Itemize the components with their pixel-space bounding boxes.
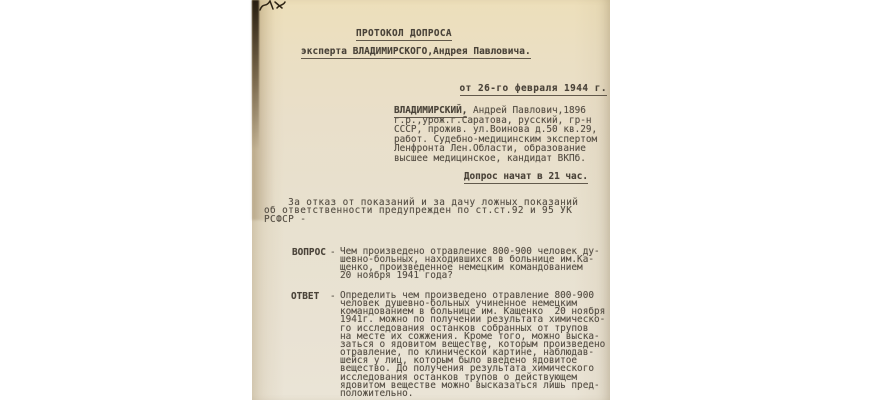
interrogation-start-line: Допрос начат в 21 час.	[464, 172, 588, 181]
document-title: ПРОТОКОЛ ДОПРОСА	[356, 29, 452, 38]
document-paper: ПРОТОКОЛ ДОПРОСА эксперта ВЛАДИМИРСКОГО,…	[252, 0, 610, 400]
question-label: ВОПРОС	[292, 248, 326, 257]
document-title-text: ПРОТОКОЛ ДОПРОСА	[356, 28, 452, 41]
question-dash: -	[330, 248, 336, 257]
question-text: Чем произведено отравление 800-900 челов…	[340, 248, 612, 280]
answer-text: Определить чем произведено отравление 80…	[340, 292, 612, 398]
interrogation-start-text: Допрос начат в 21 час.	[464, 171, 588, 184]
document-date: от 26-го февраля 1944 г.	[460, 84, 607, 93]
document-subtitle-text: эксперта ВЛАДИМИРСКОГО,Андрея Павловича.	[301, 46, 531, 59]
document-date-text: от 26-го февраля 1944 г.	[460, 83, 607, 96]
subject-identity-block: ВЛАДИМИРСКИЙ, Андрей Павлович,1896 г.р.,…	[394, 106, 610, 164]
subject-details: г.р.,урож.г.Саратова, русский, гр-н СССР…	[394, 115, 597, 164]
handwritten-mark	[258, 0, 286, 13]
answer-label: ОТВЕТ	[291, 292, 319, 301]
answer-dash: -	[330, 292, 336, 301]
liability-warning-paragraph: За отказ от показаний и за дачу ложных п…	[264, 199, 614, 224]
page-background: ПРОТОКОЛ ДОПРОСА эксперта ВЛАДИМИРСКОГО,…	[0, 0, 870, 400]
paper-left-edge-dark-shadow	[252, 0, 259, 150]
document-subtitle: эксперта ВЛАДИМИРСКОГО,Андрея Павловича.	[301, 47, 531, 56]
